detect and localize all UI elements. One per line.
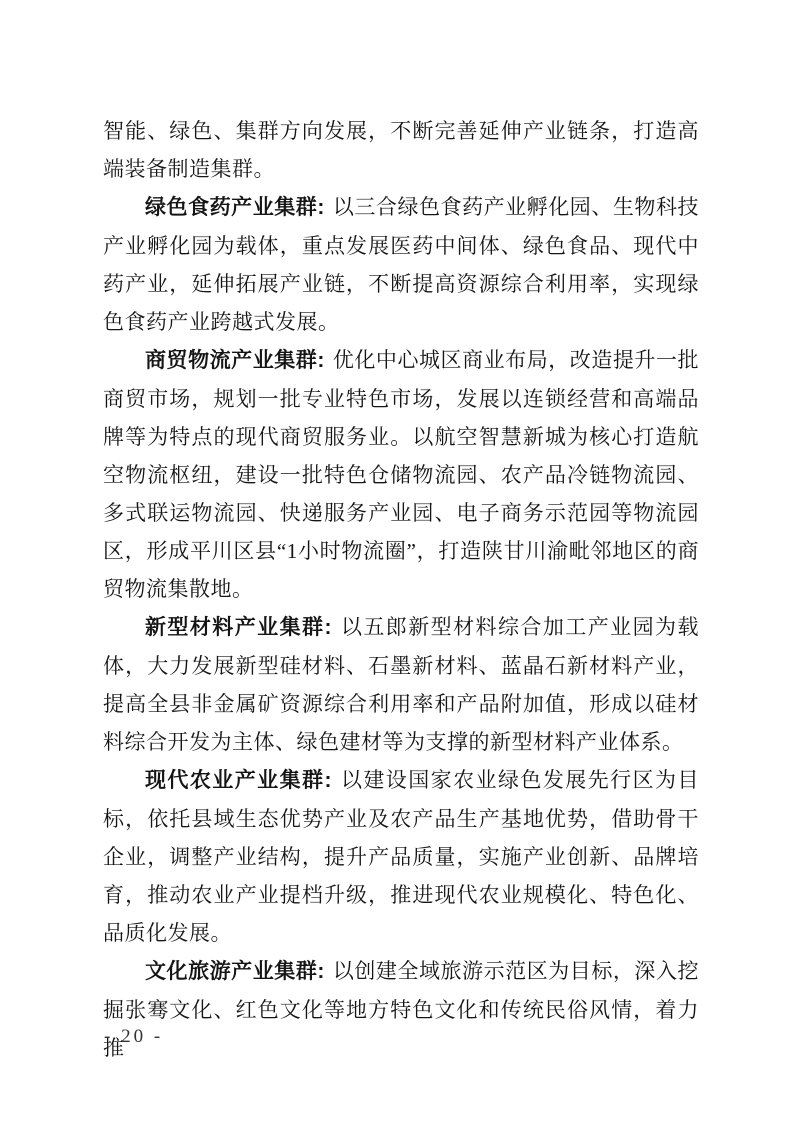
paragraph: 智能、绿色、集群方向发展，不断完善延伸产业链条，打造高端装备制造集群。 <box>103 112 699 188</box>
paragraph: 绿色食药产业集群:以三合绿色食药产业孵化园、生物科技产业孵化园为载体，重点发展医… <box>103 188 699 341</box>
paragraph-text: 智能、绿色、集群方向发展，不断完善延伸产业链条，打造高端装备制造集群。 <box>103 119 699 181</box>
paragraph-lead: 绿色食药产业集群: <box>145 196 325 219</box>
paragraph-lead: 文化旅游产业集群: <box>145 960 325 983</box>
paragraph-lead: 现代农业产业集群: <box>145 769 332 792</box>
paragraph: 文化旅游产业集群:以创建全域旅游示范区为目标，深入挖掘张骞文化、红色文化等地方特… <box>103 952 699 1067</box>
paragraph-text: 优化中心城区商业布局，改造提升一批商贸市场，规划一批专业特色市场，发展以连锁经营… <box>103 348 699 601</box>
paragraph-text: 以建设国家农业绿色发展先行区为目标，依托县域生态优势产业及农产品生产基地优势，借… <box>103 768 699 945</box>
paragraph: 商贸物流产业集群:优化中心城区商业布局，改造提升一批商贸市场，规划一批专业特色市… <box>103 341 699 608</box>
document-page: 智能、绿色、集群方向发展，不断完善延伸产业链条，打造高端装备制造集群。 绿色食药… <box>0 0 793 1122</box>
paragraph-lead: 商贸物流产业集群: <box>145 349 325 372</box>
page-number: - 20 - <box>104 1024 163 1050</box>
paragraph: 新型材料产业集群:以五郎新型材料综合加工产业园为载体，大力发展新型硅材料、石墨新… <box>103 608 699 761</box>
paragraph: 现代农业产业集群:以建设国家农业绿色发展先行区为目标，依托县域生态优势产业及农产… <box>103 761 699 952</box>
document-body: 智能、绿色、集群方向发展，不断完善延伸产业链条，打造高端装备制造集群。 绿色食药… <box>103 112 699 1067</box>
paragraph-lead: 新型材料产业集群: <box>145 616 332 639</box>
